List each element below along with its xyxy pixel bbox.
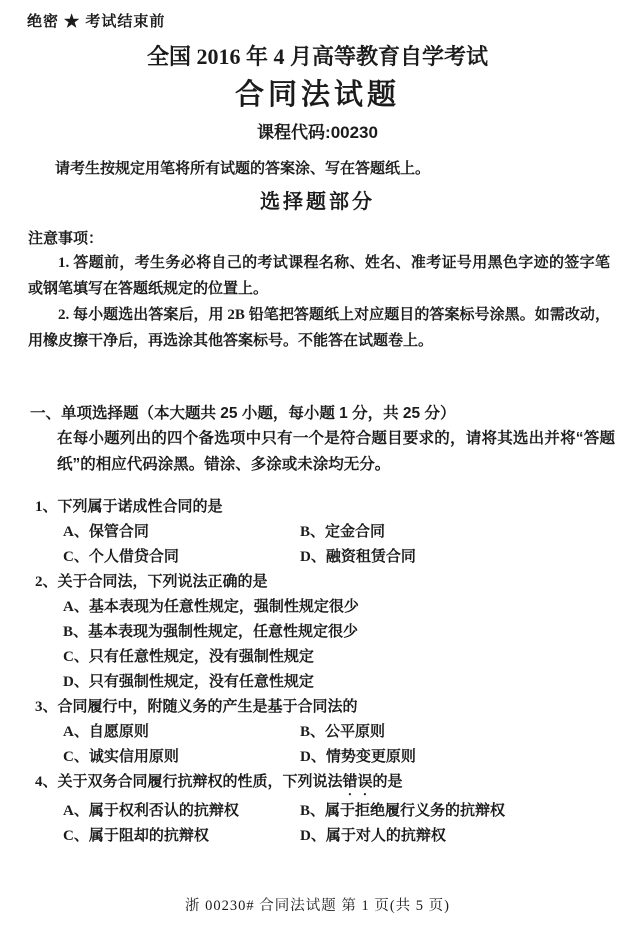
option-b: B、公平原则 — [300, 720, 613, 745]
question-2-stem: 2、关于合同法，下列说法正确的是 — [35, 570, 613, 595]
option-c: C、属于阻却的抗辩权 — [63, 824, 300, 849]
option-b: B、基本表现为强制性规定，任意性规定很少 — [63, 620, 613, 645]
question-3-options: A、自愿原则 B、公平原则 C、诚实信用原则 D、情势变更原则 — [35, 720, 613, 770]
notes-section: 注意事项： 1. 答题前，考生务必将自己的考试课程名称、姓名、准考证号用黑色字迹… — [28, 227, 610, 354]
question-3-stem: 3、合同履行中，附随义务的产生是基于合同法的 — [35, 695, 613, 720]
question-4-stem: 4、关于双务合同履行抗辩权的性质，下列说法错误的是 — [35, 770, 613, 799]
option-d: D、情势变更原则 — [300, 745, 613, 770]
option-a: A、基本表现为任意性规定，强制性规定很少 — [63, 595, 613, 620]
section-title: 一、单项选择题（本大题共 25 小题，每小题 1 分，共 25 分） — [30, 401, 615, 426]
questions-list: 1、下列属于诺成性合同的是 A、保管合同 B、定金合同 C、个人借贷合同 D、融… — [35, 495, 613, 849]
section-single-choice: 一、单项选择题（本大题共 25 小题，每小题 1 分，共 25 分） 在每小题列… — [30, 401, 615, 477]
option-d: D、只有强制性规定，没有任意性规定 — [63, 670, 613, 695]
option-b: B、属于拒绝履行义务的抗辩权 — [300, 799, 613, 824]
question-3: 3、合同履行中，附随义务的产生是基于合同法的 A、自愿原则 B、公平原则 C、诚… — [35, 695, 613, 770]
question-2-options: A、基本表现为任意性规定，强制性规定很少 B、基本表现为强制性规定，任意性规定很… — [35, 595, 613, 695]
course-code: 课程代码:00230 — [0, 118, 635, 143]
exam-title: 全国 2016 年 4 月高等教育自学考试 — [0, 40, 635, 71]
exam-paper-page: 绝密 ★ 考试结束前 全国 2016 年 4 月高等教育自学考试 合同法试题 课… — [0, 0, 635, 938]
question-4: 4、关于双务合同履行抗辩权的性质，下列说法错误的是 A、属于权利否认的抗辩权 B… — [35, 770, 613, 849]
question-4-stem-emphasis: 错误 — [343, 774, 373, 790]
note-item-2: 2. 每小题选出答案后，用 2B 铅笔把答题纸上对应题目的答案标号涂黑。如需改动… — [28, 302, 610, 354]
section-description: 在每小题列出的四个备选项中只有一个是符合题目要求的，请将其选出并将“答题纸”的相… — [30, 426, 615, 477]
question-1-options: A、保管合同 B、定金合同 C、个人借贷合同 D、融资租赁合同 — [35, 520, 613, 570]
question-1: 1、下列属于诺成性合同的是 A、保管合同 B、定金合同 C、个人借贷合同 D、融… — [35, 495, 613, 570]
classification-banner: 绝密 ★ 考试结束前 — [27, 10, 165, 31]
subject-title: 合同法试题 — [0, 72, 635, 113]
option-c: C、诚实信用原则 — [63, 745, 300, 770]
question-4-stem-post: 的是 — [373, 774, 403, 790]
notes-heading: 注意事项： — [28, 227, 610, 248]
option-a: A、属于权利否认的抗辩权 — [63, 799, 300, 824]
question-4-stem-pre: 4、关于双务合同履行抗辩权的性质，下列说法 — [35, 774, 343, 790]
option-a: A、保管合同 — [63, 520, 300, 545]
question-1-stem: 1、下列属于诺成性合同的是 — [35, 495, 613, 520]
option-b: B、定金合同 — [300, 520, 613, 545]
question-4-options: A、属于权利否认的抗辩权 B、属于拒绝履行义务的抗辩权 C、属于阻却的抗辩权 D… — [35, 799, 613, 849]
option-d: D、属于对人的抗辩权 — [300, 824, 613, 849]
option-a: A、自愿原则 — [63, 720, 300, 745]
option-c: C、个人借贷合同 — [63, 545, 300, 570]
answer-sheet-instruction: 请考生按规定用笔将所有试题的答案涂、写在答题纸上。 — [55, 157, 430, 178]
part-title: 选择题部分 — [0, 185, 635, 214]
question-2: 2、关于合同法，下列说法正确的是 A、基本表现为任意性规定，强制性规定很少 B、… — [35, 570, 613, 695]
option-d: D、融资租赁合同 — [300, 545, 613, 570]
page-footer: 浙 00230# 合同法试题 第 1 页(共 5 页) — [0, 894, 635, 915]
option-c: C、只有任意性规定，没有强制性规定 — [63, 645, 613, 670]
note-item-1: 1. 答题前，考生务必将自己的考试课程名称、姓名、准考证号用黑色字迹的签字笔或钢… — [28, 250, 610, 302]
